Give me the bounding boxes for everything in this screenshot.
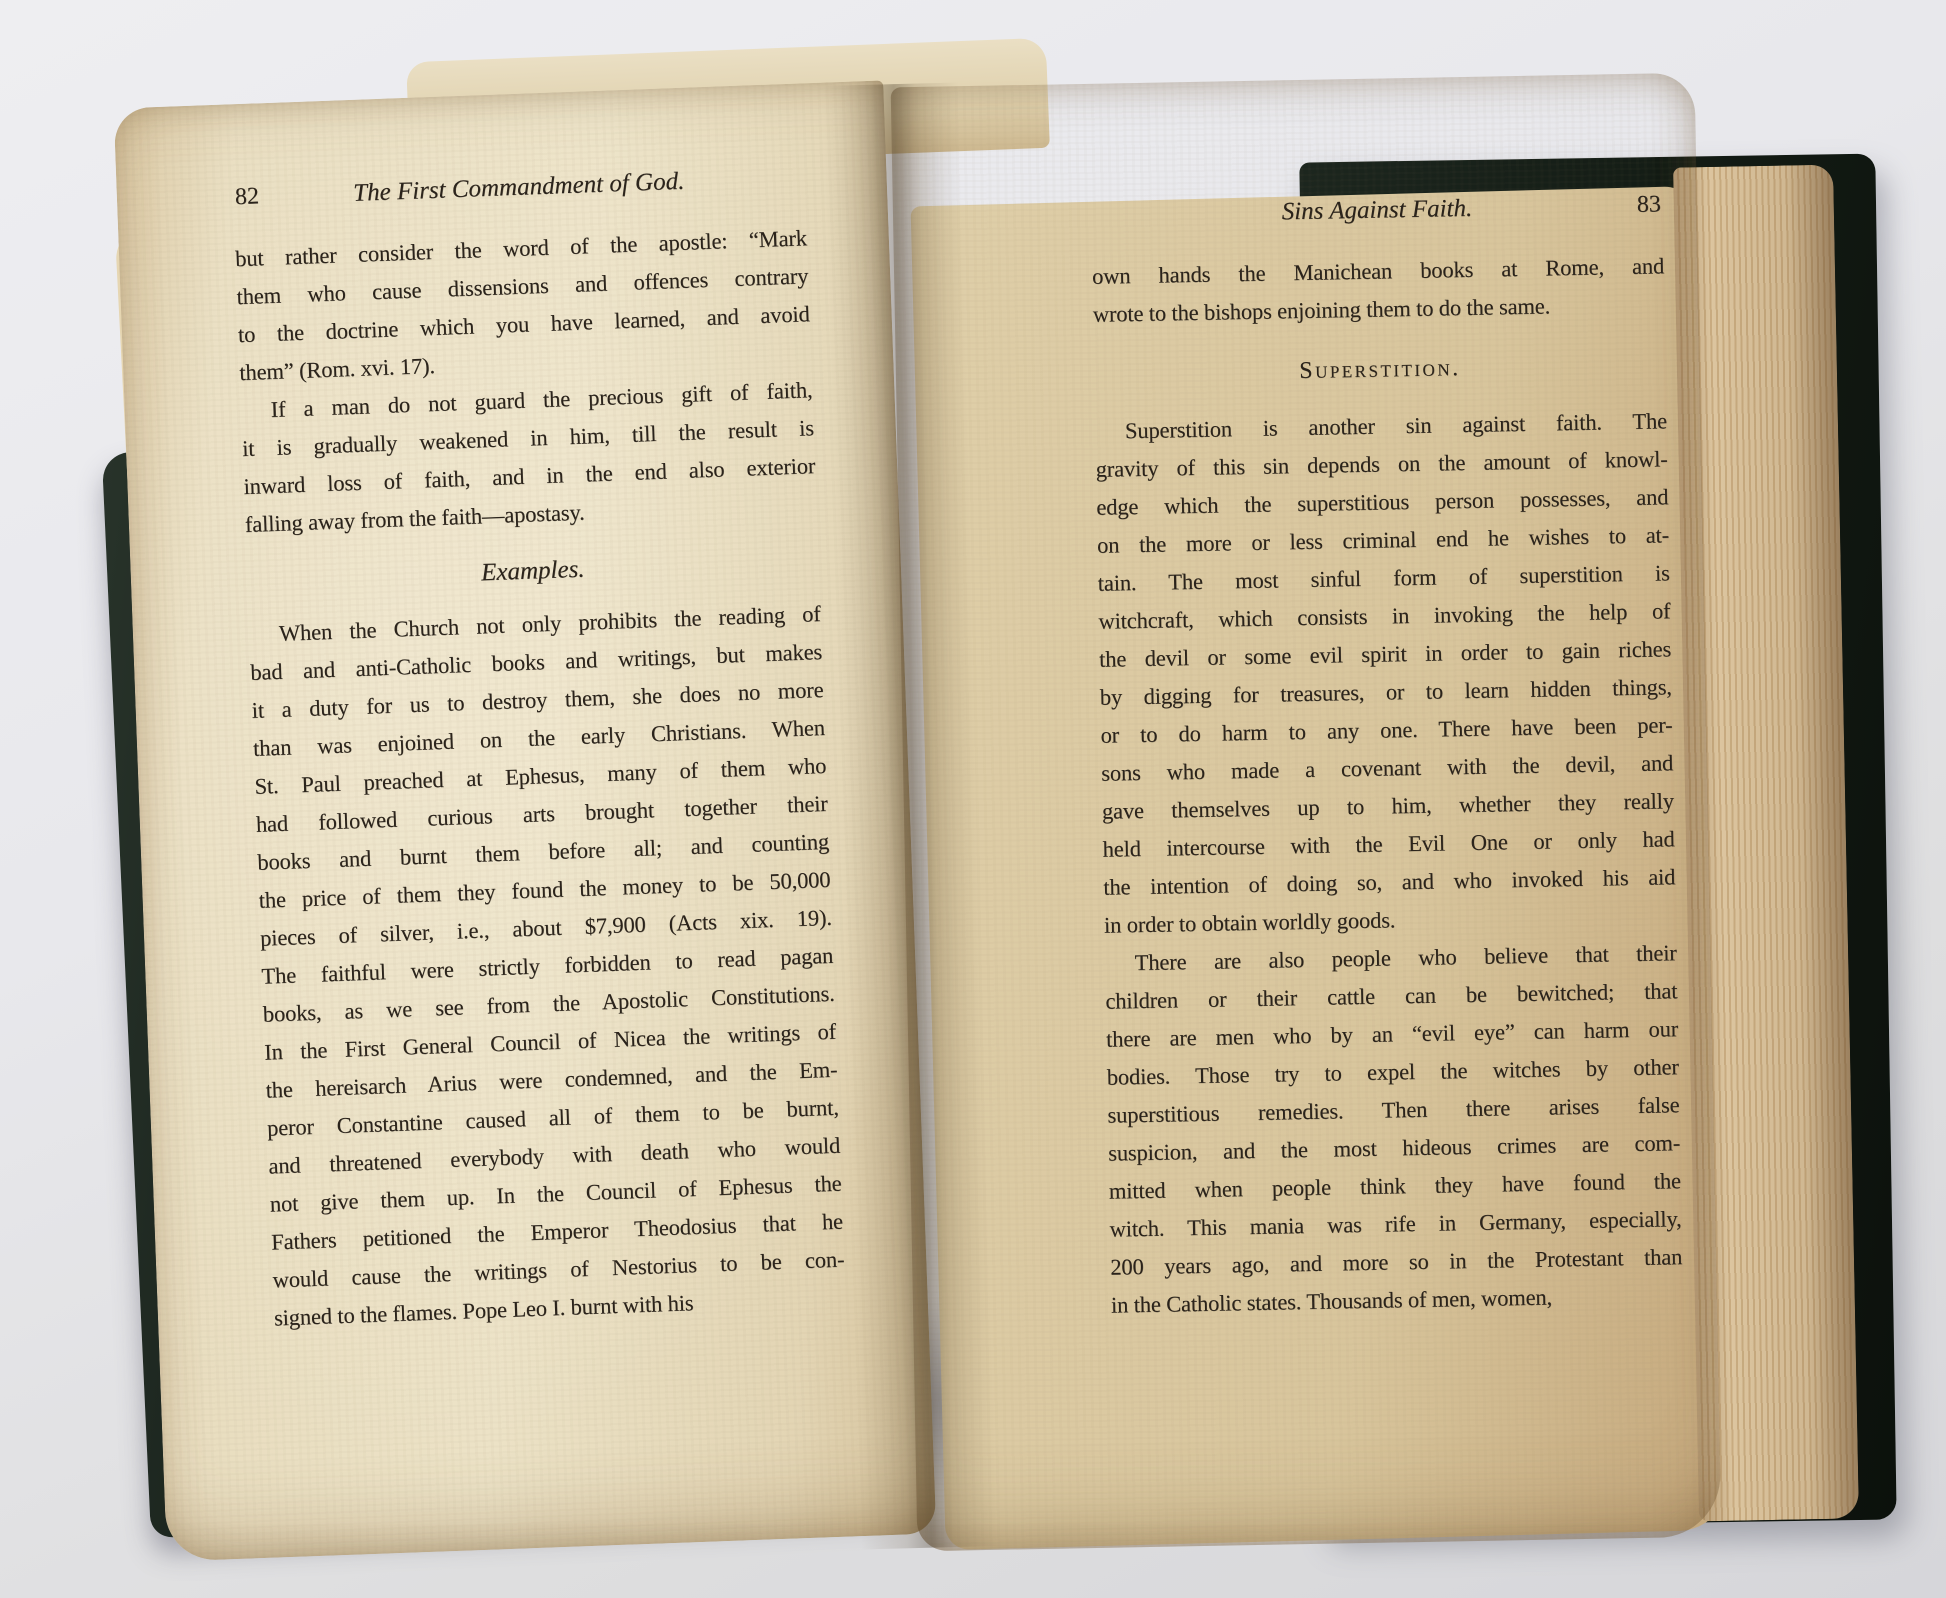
right-running-head: Sins Against Faith. 83: [1091, 191, 1664, 241]
left-page-number: 82: [234, 183, 259, 211]
right-page-number: 83: [1637, 191, 1661, 218]
paragraph: Superstition is another sin against fait…: [1095, 402, 1677, 944]
paragraph: If a man do not guard the precious gift …: [240, 371, 817, 544]
examples-heading: Examples.: [247, 547, 820, 596]
right-page: Sins Against Faith. 83 own hands the Man…: [891, 73, 1722, 1551]
left-page: 82 The First Commandment of God. but rat…: [114, 80, 937, 1561]
paragraph: but rather consider the word of the apos…: [235, 219, 812, 392]
book-photo-scene: 82 The First Commandment of God. but rat…: [0, 0, 1946, 1598]
paragraph: When the Church not only prohibits the r…: [248, 595, 846, 1337]
right-page-text: Sins Against Faith. 83 own hands the Man…: [1091, 191, 1683, 1324]
left-page-text: 82 The First Commandment of God. but rat…: [232, 163, 846, 1337]
left-running-title: The First Commandment of God.: [353, 168, 685, 207]
paragraph: own hands the Manichean books at Rome, a…: [1092, 247, 1665, 333]
left-running-head: 82 The First Commandment of God.: [232, 163, 805, 224]
superstition-heading: Superstition.: [1094, 351, 1666, 388]
right-running-title: Sins Against Faith.: [1281, 195, 1472, 225]
paragraph: There are also people who believe that t…: [1104, 934, 1683, 1324]
